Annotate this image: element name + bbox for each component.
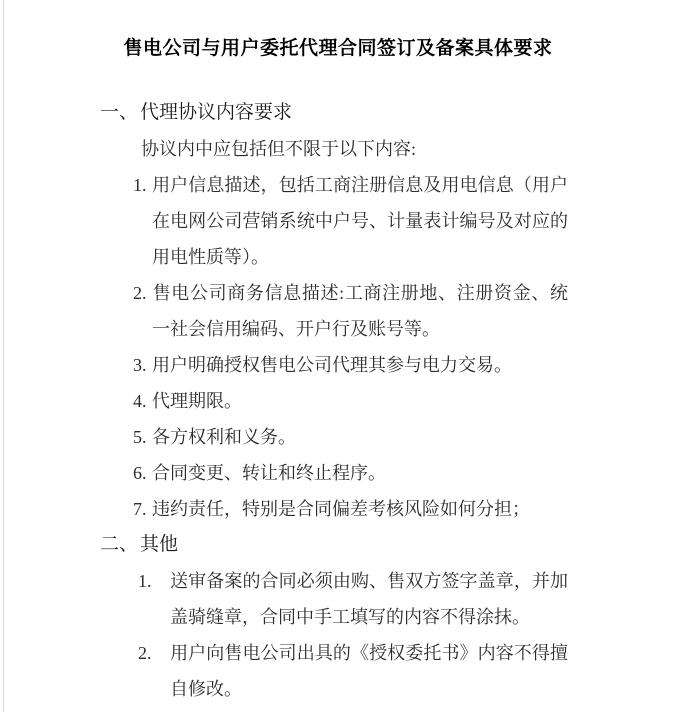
list-item-number: 1. <box>133 167 152 203</box>
list-item-text: 合同变更、转让和终止程序。 <box>152 463 386 483</box>
section-2-numeral: 二、 <box>100 527 140 563</box>
document-body: 一、代理协议内容要求 协议内中应包括但不限于以下内容: 1.用户信息描述，包括工… <box>0 95 676 707</box>
list-item: 1.用户信息描述，包括工商注册信息及用电信息（用户 <box>0 167 568 203</box>
list-item: 5.各方权利和义务。 <box>0 419 676 455</box>
list-item: 6.合同变更、转让和终止程序。 <box>0 455 676 491</box>
list-item-text: 代理期限。 <box>152 391 242 411</box>
page-edge-divider <box>3 0 4 712</box>
document-page: 售电公司与用户委托代理合同签订及备案具体要求 一、代理协议内容要求 协议内中应包… <box>0 0 676 712</box>
list-item-number: 1. <box>138 563 170 599</box>
list-item-number: 4. <box>133 383 152 419</box>
list-item-continuation: 一社会信用编码、开户行及账号等。 <box>0 311 676 347</box>
list-item-number: 2. <box>138 635 170 671</box>
list-item: 4.代理期限。 <box>0 383 676 419</box>
list-item-number: 6. <box>133 455 152 491</box>
section-1-heading-text: 代理协议内容要求 <box>140 102 292 123</box>
list-item-text: 各方权利和义务。 <box>152 427 296 447</box>
list-item: 7.违约责任，特别是合同偏差考核风险如何分担； <box>0 491 676 527</box>
list-item-text: 违约责任，特别是合同偏差考核风险如何分担； <box>152 499 530 519</box>
list-item-continuation: 在电网公司营销系统中户号、计量表计编号及对应的 <box>0 203 568 239</box>
list-item-text: 用户明确授权售电公司代理其参与电力交易。 <box>152 355 512 375</box>
section-2-heading-text: 其他 <box>140 534 178 555</box>
section-1-numeral: 一、 <box>100 95 140 131</box>
list-item-continuation: 用电性质等）。 <box>0 239 676 275</box>
document-title: 售电公司与用户委托代理合同签订及备案具体要求 <box>0 0 676 61</box>
list-item: 1.送审备案的合同必须由购、售双方签字盖章，并加 <box>0 563 568 599</box>
list-item-number: 3. <box>133 347 152 383</box>
list-item-text: 用户向售电公司出具的《授权委托书》内容不得擅 <box>170 643 568 663</box>
list-item-number: 5. <box>133 419 152 455</box>
list-item: 3.用户明确授权售电公司代理其参与电力交易。 <box>0 347 676 383</box>
list-item: 2.售电公司商务信息描述:工商注册地、注册资金、统 <box>0 275 568 311</box>
list-item-text: 用户信息描述，包括工商注册信息及用电信息（用户 <box>152 175 568 195</box>
list-item-number: 2. <box>133 275 152 311</box>
list-item-number: 7. <box>133 491 152 527</box>
section-1-heading: 一、代理协议内容要求 <box>0 95 676 131</box>
section-2-heading: 二、其他 <box>0 527 676 563</box>
list-item: 2.用户向售电公司出具的《授权委托书》内容不得擅 <box>0 635 568 671</box>
section-1-intro: 协议内中应包括但不限于以下内容: <box>0 131 676 167</box>
list-item-continuation: 自修改。 <box>0 671 676 707</box>
list-item-text: 售电公司商务信息描述:工商注册地、注册资金、统 <box>152 283 568 303</box>
list-item-text: 送审备案的合同必须由购、售双方签字盖章，并加 <box>170 571 568 591</box>
list-item-continuation: 盖骑缝章，合同中手工填写的内容不得涂抹。 <box>0 599 676 635</box>
